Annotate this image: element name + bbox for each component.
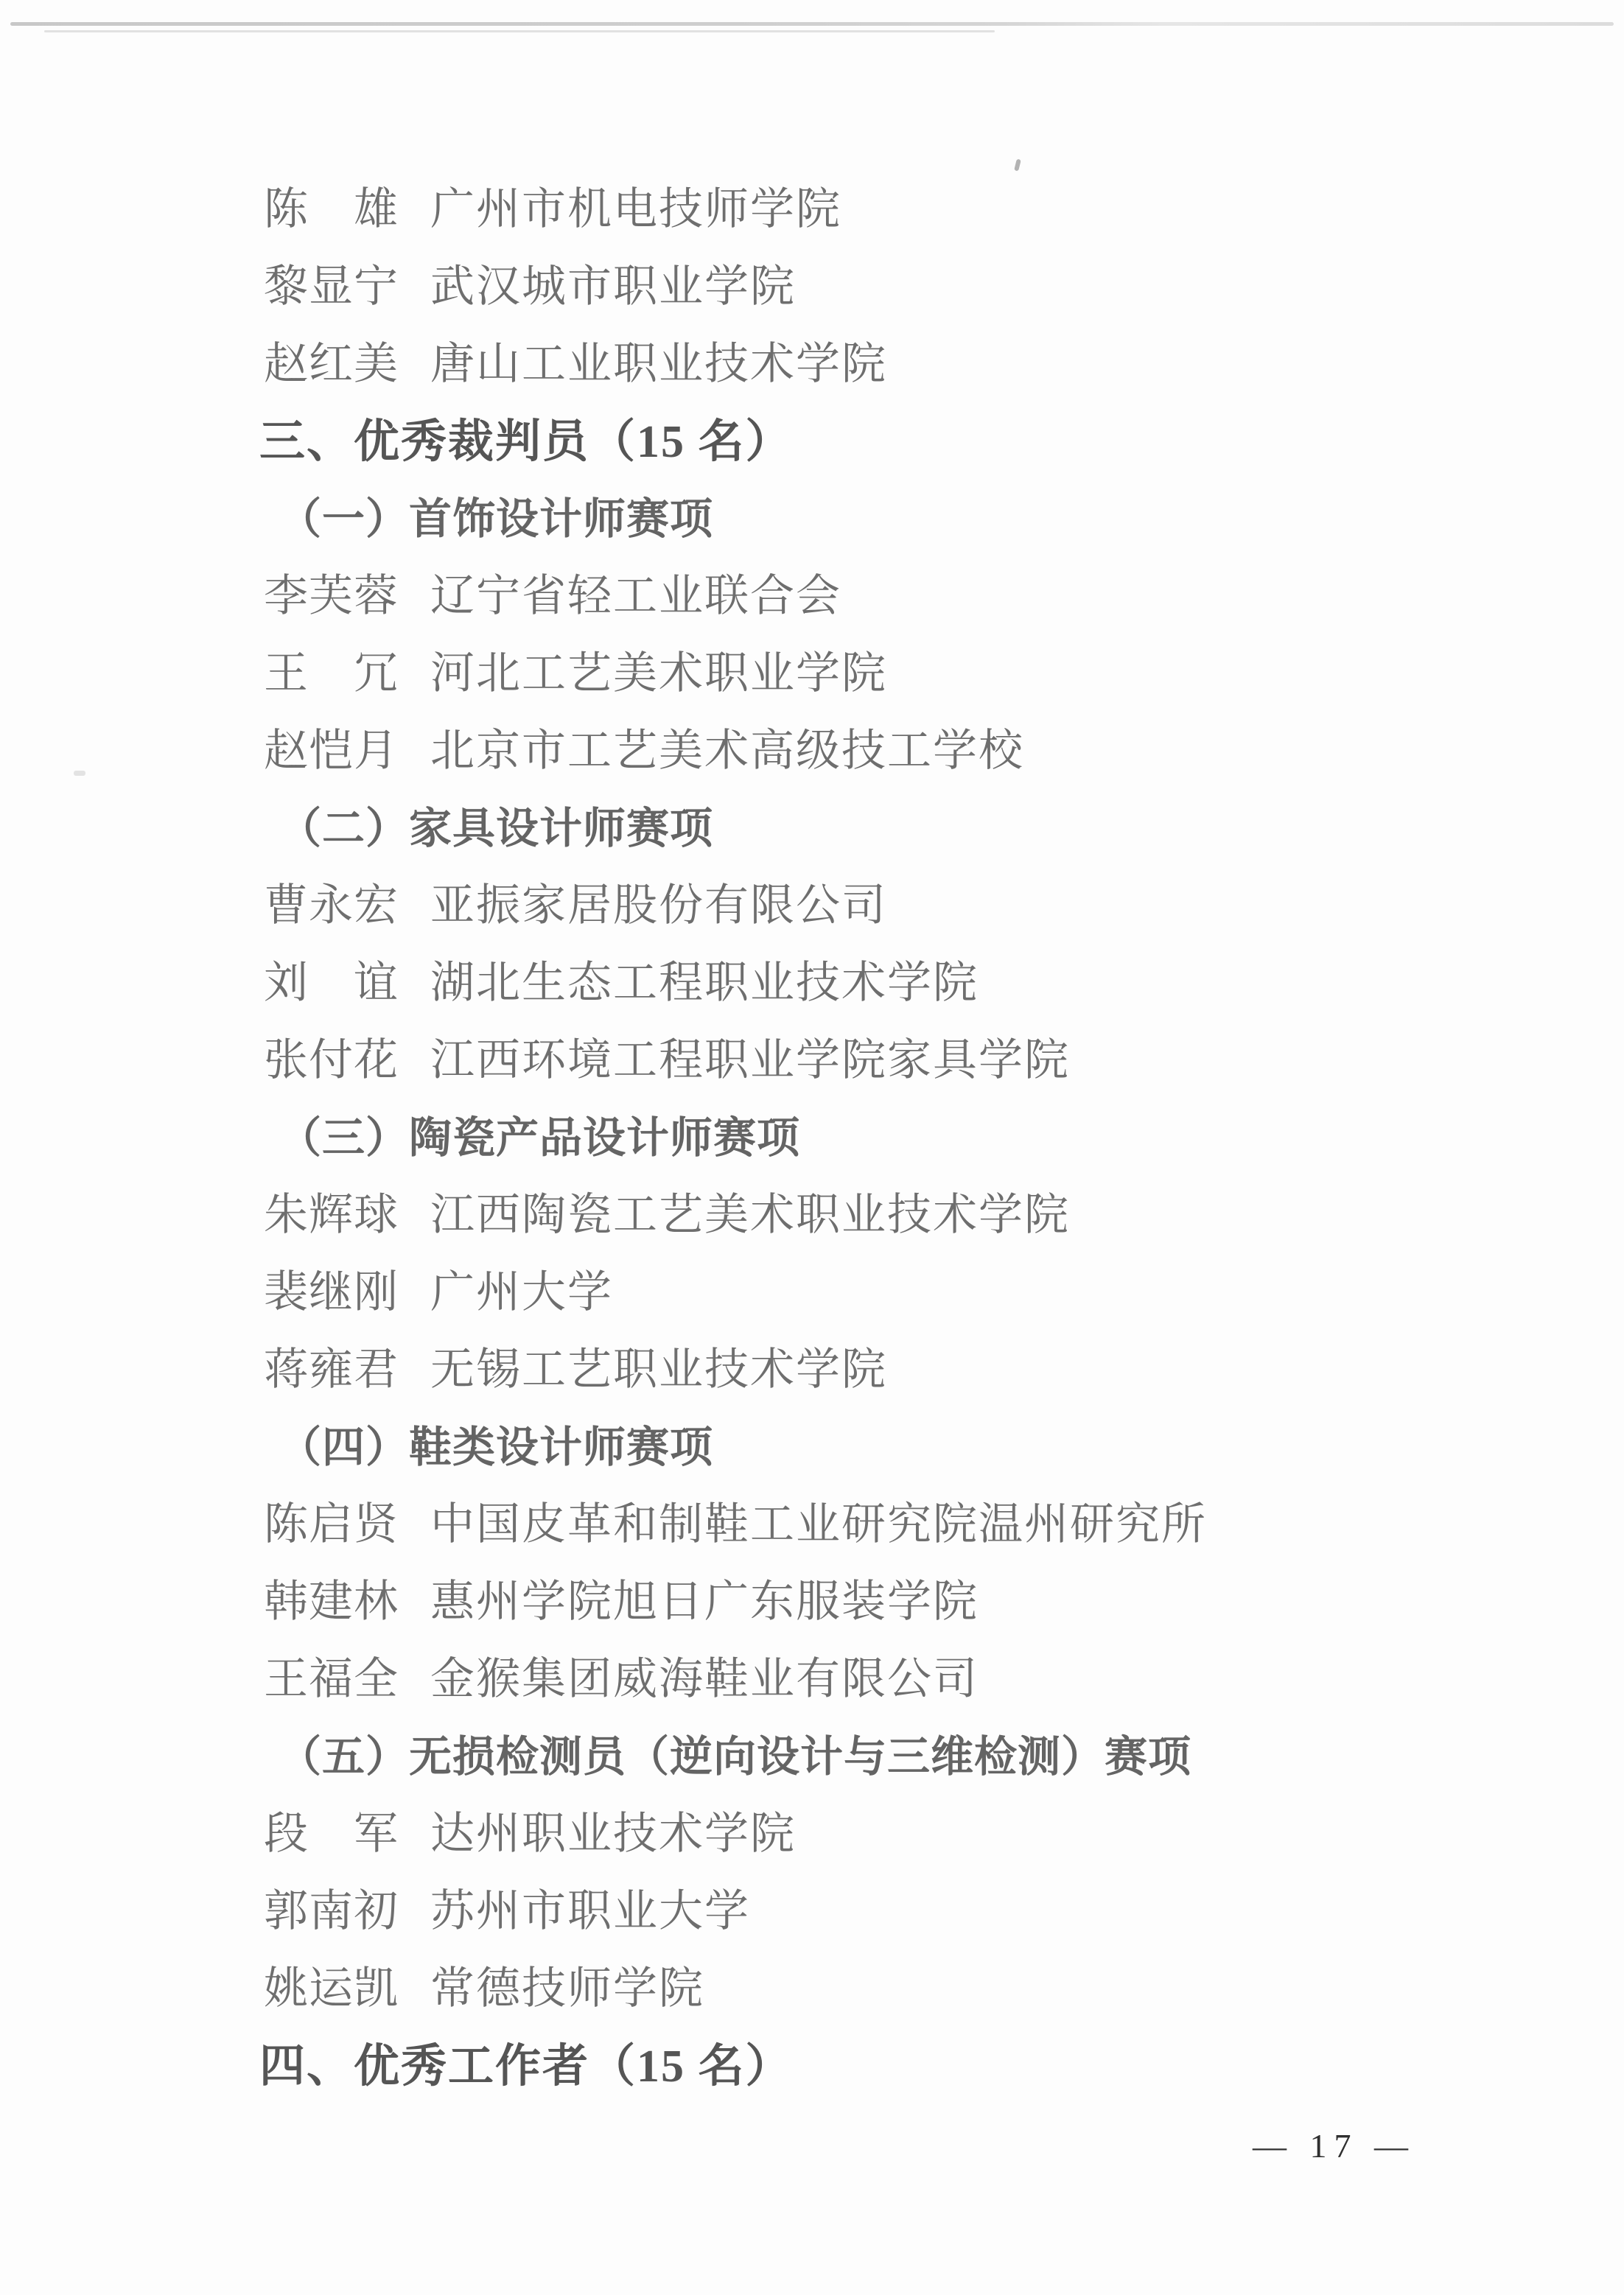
scan-speck-artifact (74, 771, 85, 776)
award-entry-row: 赵红美 唐山工业职业技术学院 (264, 321, 1516, 399)
section-heading-row: 四、优秀工作者（15 名） (264, 2023, 1516, 2100)
awardee-organization: 亚振家居股份有限公司 (430, 870, 887, 933)
awardee-organization: 湖北生态工程职业技术学院 (430, 947, 979, 1011)
scan-line-artifact (10, 22, 1614, 26)
awardee-organization: 苏州市职业大学 (430, 1876, 750, 1939)
award-entry-row: 黎显宁 武汉城市职业学院 (264, 244, 1516, 321)
awardee-name: 裴继刚 (264, 1257, 399, 1320)
award-entry-row: 裴继刚 广州大学 (264, 1250, 1516, 1327)
awardee-organization: 广州市机电技师学院 (430, 174, 841, 237)
award-entry-row: 朱辉球 江西陶瓷工艺美术职业技术学院 (264, 1172, 1516, 1250)
subsection-heading-row: （四）鞋类设计师赛项 (264, 1404, 1516, 1482)
subsection-heading-row: （五）无损检测员（逆向设计与三维检测）赛项 (264, 1714, 1516, 1791)
awardee-organization: 惠州学院旭日广东服装学院 (430, 1566, 979, 1630)
award-entry-row: 陈 雄 广州市机电技师学院 (264, 167, 1516, 244)
subsection-heading-footwear-design: （四）鞋类设计师赛项 (279, 1412, 713, 1474)
awardee-name: 王福全 (264, 1644, 399, 1707)
awardee-organization: 辽宁省轻工业联合会 (430, 561, 841, 624)
award-entry-row: 刘 谊 湖北生态工程职业技术学院 (264, 940, 1516, 1017)
section-heading-judges: 三、优秀裁判员（15 名） (259, 404, 793, 470)
award-entry-row: 李芙蓉 辽宁省轻工业联合会 (264, 553, 1516, 631)
awardee-name: 姚运凯 (264, 1953, 399, 2017)
awardee-organization: 河北工艺美术职业学院 (430, 638, 887, 701)
awardee-name: 蒋雍君 (264, 1334, 399, 1398)
award-entry-row: 曹永宏 亚振家居股份有限公司 (264, 863, 1516, 940)
awardee-organization: 无锡工艺职业技术学院 (430, 1334, 887, 1398)
awardee-organization: 广州大学 (430, 1257, 613, 1320)
award-entry-row: 张付花 江西环境工程职业学院家具学院 (264, 1017, 1516, 1095)
awardee-name: 韩建林 (264, 1566, 399, 1630)
subsection-heading-ndt-inspector: （五）无损检测员（逆向设计与三维检测）赛项 (279, 1722, 1191, 1784)
awardee-organization: 达州职业技术学院 (430, 1798, 796, 1862)
award-entry-row: 姚运凯 常德技师学院 (264, 1946, 1516, 2023)
awardee-organization: 金猴集团威海鞋业有限公司 (430, 1644, 979, 1707)
awardee-name: 李芙蓉 (264, 561, 399, 624)
subsection-heading-row: （三）陶瓷产品设计师赛项 (264, 1095, 1516, 1172)
award-entry-row: 赵恺月 北京市工艺美术高级技工学校 (264, 708, 1516, 785)
award-entry-row: 陈启贤 中国皮革和制鞋工业研究院温州研究所 (264, 1482, 1516, 1559)
subsection-heading-row: （一）首饰设计师赛项 (264, 476, 1516, 553)
awardee-organization: 唐山工业职业技术学院 (430, 329, 887, 392)
awardee-name: 赵红美 (264, 329, 399, 392)
awardee-name: 王 冗 (264, 638, 399, 701)
award-entry-row: 韩建林 惠州学院旭日广东服装学院 (264, 1559, 1516, 1636)
awardee-organization: 北京市工艺美术高级技工学校 (430, 715, 1024, 779)
awardee-organization: 江西环境工程职业学院家具学院 (430, 1025, 1070, 1088)
awardee-name: 朱辉球 (264, 1180, 399, 1243)
awardee-name: 陈启贤 (264, 1489, 399, 1552)
scanned-document-page: 陈 雄 广州市机电技师学院 黎显宁 武汉城市职业学院 赵红美 唐山工业职业技术学… (0, 0, 1624, 2295)
section-heading-row: 三、优秀裁判员（15 名） (264, 399, 1516, 476)
award-entry-row: 段 军 达州职业技术学院 (264, 1791, 1516, 1868)
subsection-heading-row: （二）家具设计师赛项 (264, 785, 1516, 863)
awardee-name: 黎显宁 (264, 251, 399, 315)
awardee-organization: 江西陶瓷工艺美术职业技术学院 (430, 1180, 1070, 1243)
award-entry-row: 王福全 金猴集团威海鞋业有限公司 (264, 1636, 1516, 1714)
awardee-organization: 中国皮革和制鞋工业研究院温州研究所 (430, 1489, 1207, 1552)
subsection-heading-furniture-design: （二）家具设计师赛项 (279, 793, 713, 855)
awardee-name: 段 军 (264, 1798, 399, 1862)
award-entry-row: 蒋雍君 无锡工艺职业技术学院 (264, 1327, 1516, 1404)
awardee-name: 曹永宏 (264, 870, 399, 933)
document-body: 陈 雄 广州市机电技师学院 黎显宁 武汉城市职业学院 赵红美 唐山工业职业技术学… (264, 167, 1516, 2100)
subsection-heading-ceramic-design: （三）陶瓷产品设计师赛项 (279, 1103, 800, 1165)
awardee-name: 陈 雄 (264, 174, 399, 237)
award-entry-row: 郭南初 苏州市职业大学 (264, 1868, 1516, 1946)
awardee-name: 郭南初 (264, 1876, 399, 1939)
awardee-organization: 武汉城市职业学院 (430, 251, 796, 315)
scan-line-artifact-2 (44, 30, 995, 32)
subsection-heading-jewelry-design: （一）首饰设计师赛项 (279, 484, 713, 546)
awardee-name: 刘 谊 (264, 947, 399, 1011)
awardee-name: 张付花 (264, 1025, 399, 1088)
award-entry-row: 王 冗 河北工艺美术职业学院 (264, 631, 1516, 708)
page-number: — 17 — (1253, 2126, 1415, 2165)
awardee-organization: 常德技师学院 (430, 1953, 704, 2017)
section-heading-workers: 四、优秀工作者（15 名） (259, 2029, 793, 2095)
awardee-name: 赵恺月 (264, 715, 399, 779)
